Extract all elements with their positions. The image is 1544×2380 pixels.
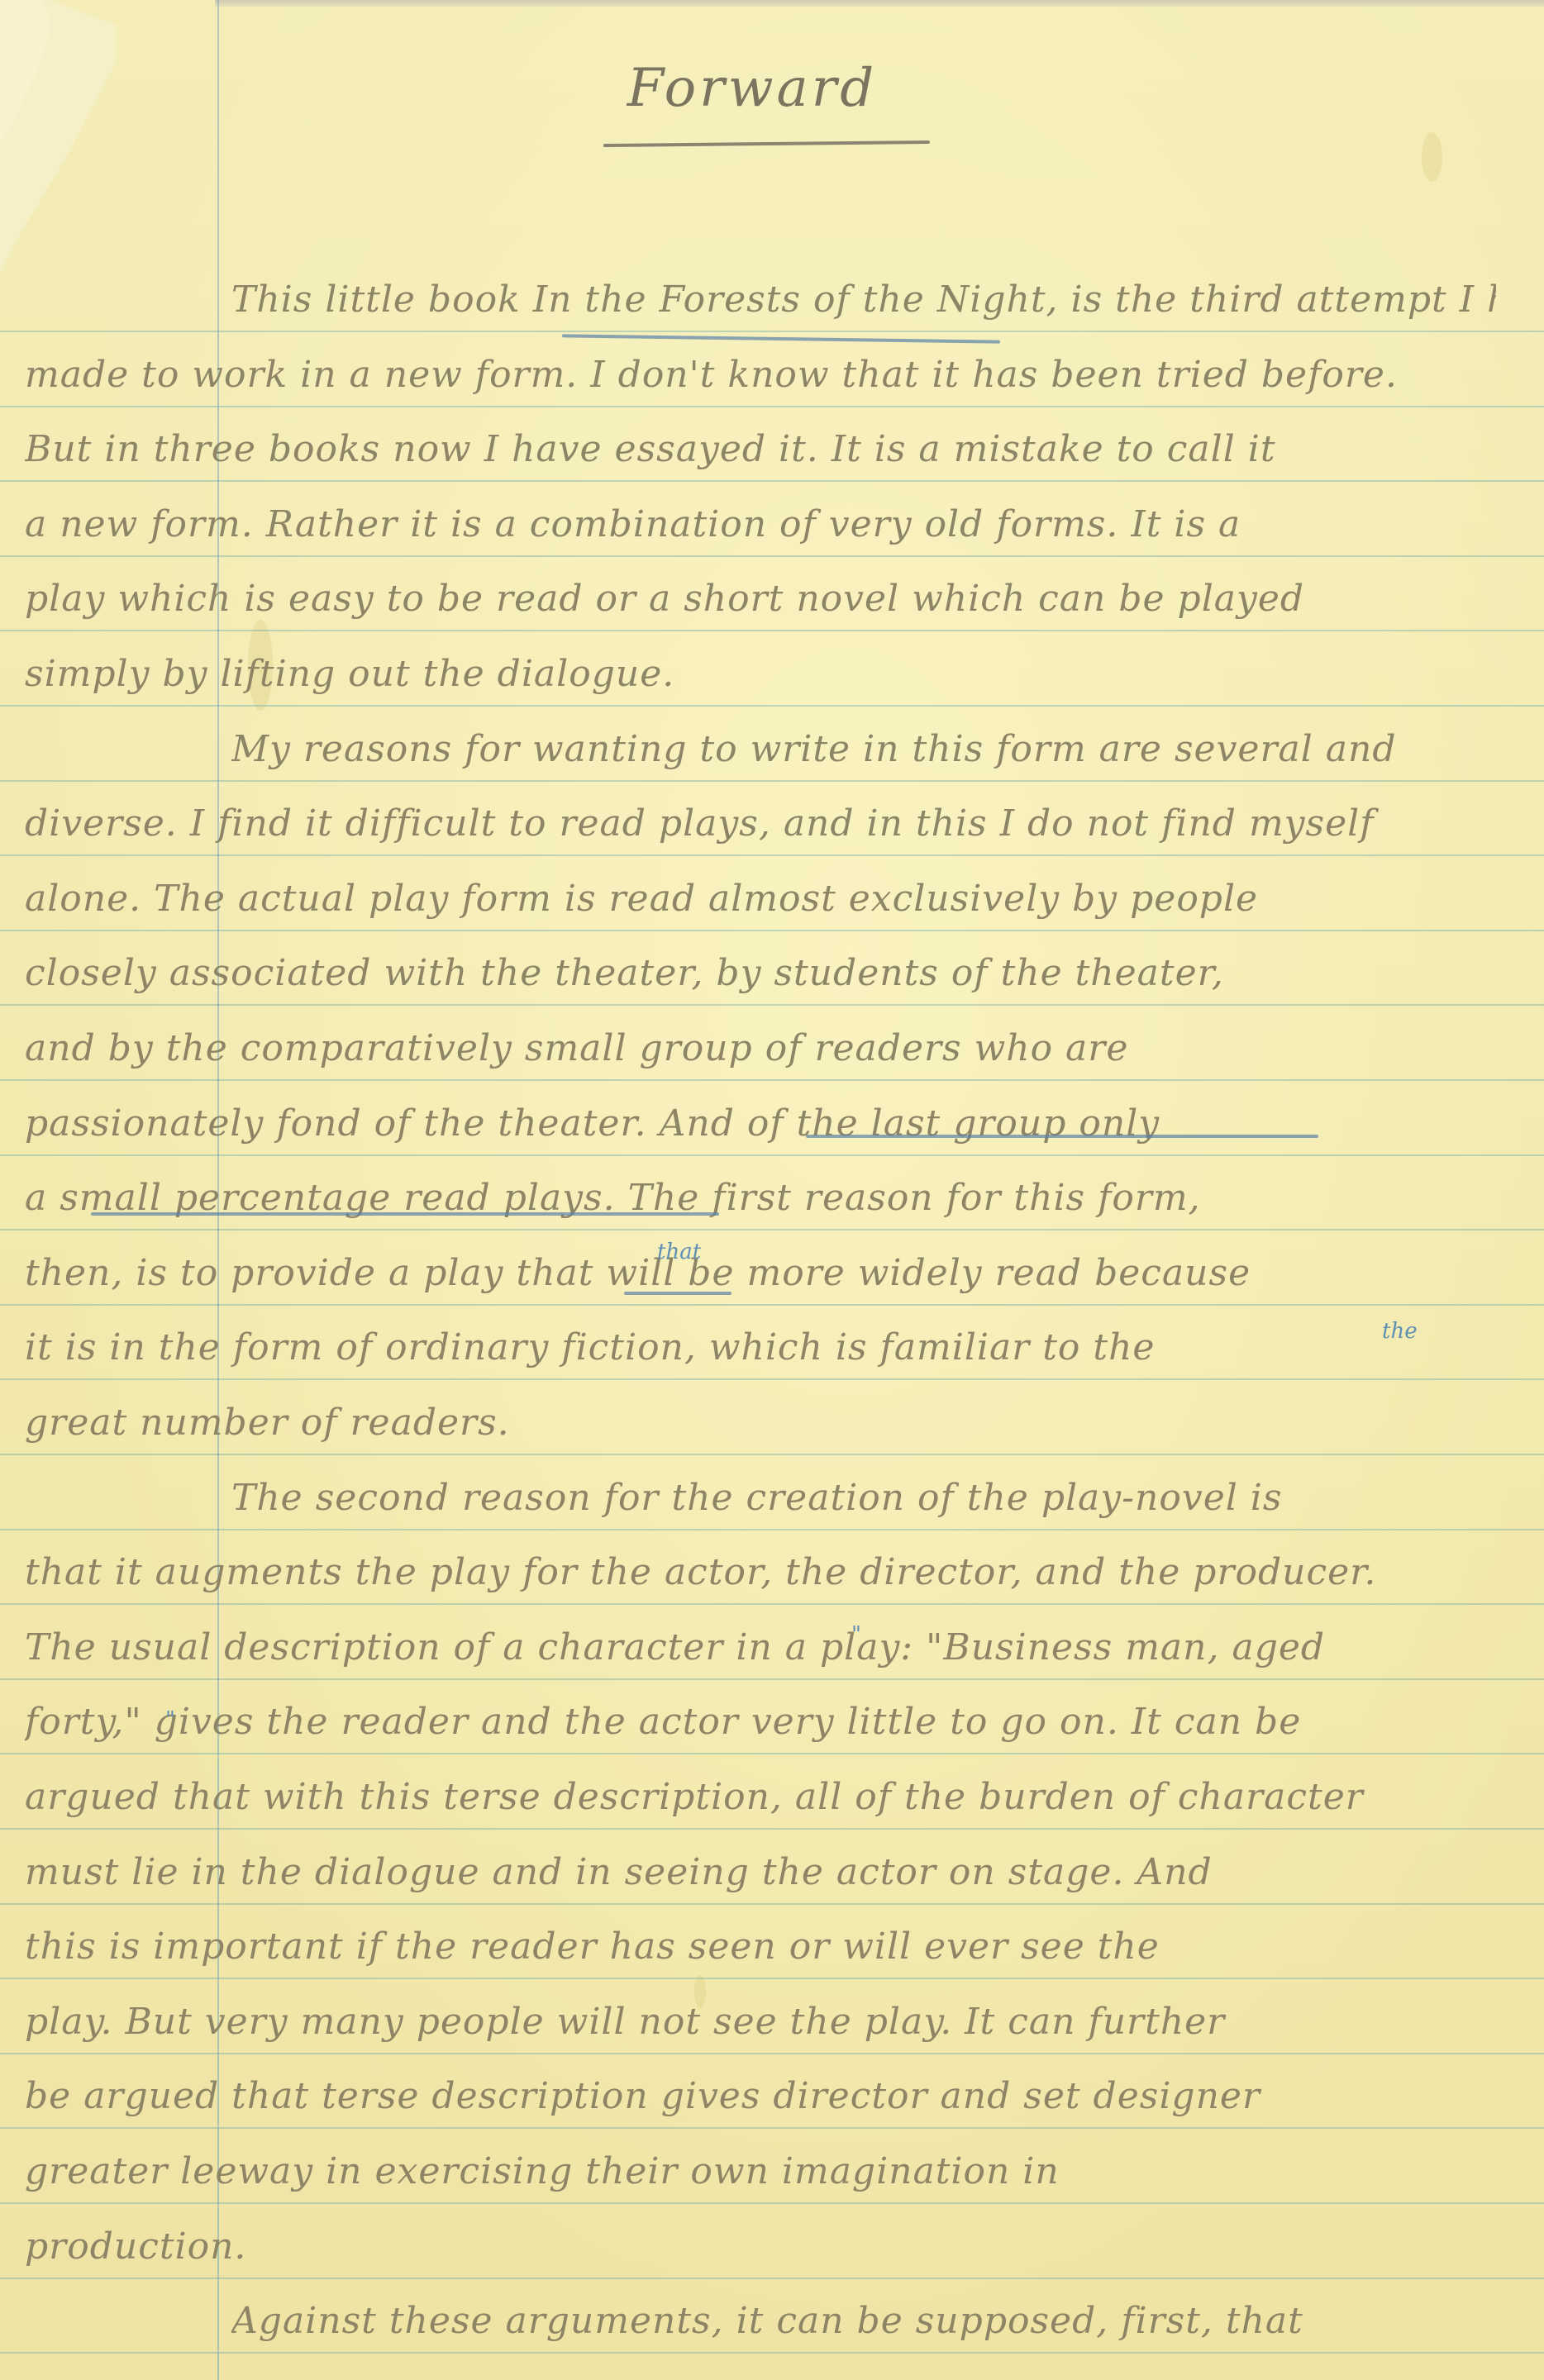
inserted-edit-text: that	[657, 1240, 701, 1264]
manuscript-line: simply by lifting out the dialogue.	[25, 637, 1496, 712]
manuscript-line: it is in the form of ordinary fiction, w…	[25, 1311, 1496, 1385]
manuscript-line: play which is easy to be read or a short…	[25, 562, 1496, 636]
inserted-edit-text: "	[851, 1622, 861, 1647]
manuscript-line: a new form. Rather it is a combination o…	[25, 488, 1496, 562]
manuscript-line: passionately fond of the theater. And of…	[25, 1087, 1496, 1161]
manuscript-line: play. But very many people will not see …	[25, 1985, 1496, 2059]
manuscript-line: greater leeway in exercising their own i…	[25, 2135, 1496, 2209]
manuscript-line: must lie in the dialogue and in seeing t…	[25, 1835, 1496, 1910]
manuscript-line: made to work in a new form. I don't know…	[25, 338, 1496, 412]
manuscript-line: But in three books now I have essayed it…	[25, 412, 1496, 487]
manuscript-line: Against these arguments, it can be suppo…	[231, 2284, 1496, 2359]
manuscript-line: My reasons for wanting to write in this …	[231, 712, 1496, 787]
manuscript-line: The second reason for the creation of th…	[231, 1461, 1496, 1535]
inserted-edit-text: the	[1382, 1319, 1418, 1344]
manuscript-line: closely associated with the theater, by …	[25, 936, 1496, 1011]
manuscript-line: production.	[25, 2210, 1496, 2284]
manuscript-line: then, is to provide a play that will be …	[25, 1236, 1496, 1311]
manuscript-line: great number of readers.	[25, 1386, 1496, 1460]
manuscript-line: The usual description of a character in …	[25, 1611, 1496, 1685]
strikethrough-which	[624, 1292, 731, 1295]
manuscript-line: this is important if the reader has seen…	[25, 1910, 1496, 1984]
page-title: Forward	[587, 58, 917, 119]
manuscript-line: and by the comparatively small group of …	[25, 1011, 1496, 1086]
manuscript-line: alone. The actual play form is read almo…	[25, 862, 1496, 936]
manuscript-line: argued that with this terse description,…	[25, 1760, 1496, 1835]
paper-stain	[1422, 132, 1442, 182]
manuscript-line: diverse. I find it difficult to read pla…	[25, 787, 1496, 861]
manuscript-line: a small percentage read plays. The first…	[25, 1161, 1496, 1235]
strikethrough-and-of-the-last-group	[806, 1135, 1318, 1138]
page-top-edge	[215, 0, 1544, 7]
manuscript-line: forty," gives the reader and the actor v…	[25, 1685, 1496, 1759]
manuscript-line: be argued that terse description gives d…	[25, 2059, 1496, 2134]
manuscript-line: that it augments the play for the actor,…	[25, 1535, 1496, 1610]
strikethrough-small-percentage	[91, 1212, 719, 1216]
inserted-edit-text: "	[165, 1707, 175, 1732]
manuscript-line: This little book In the Forests of the N…	[231, 263, 1496, 337]
